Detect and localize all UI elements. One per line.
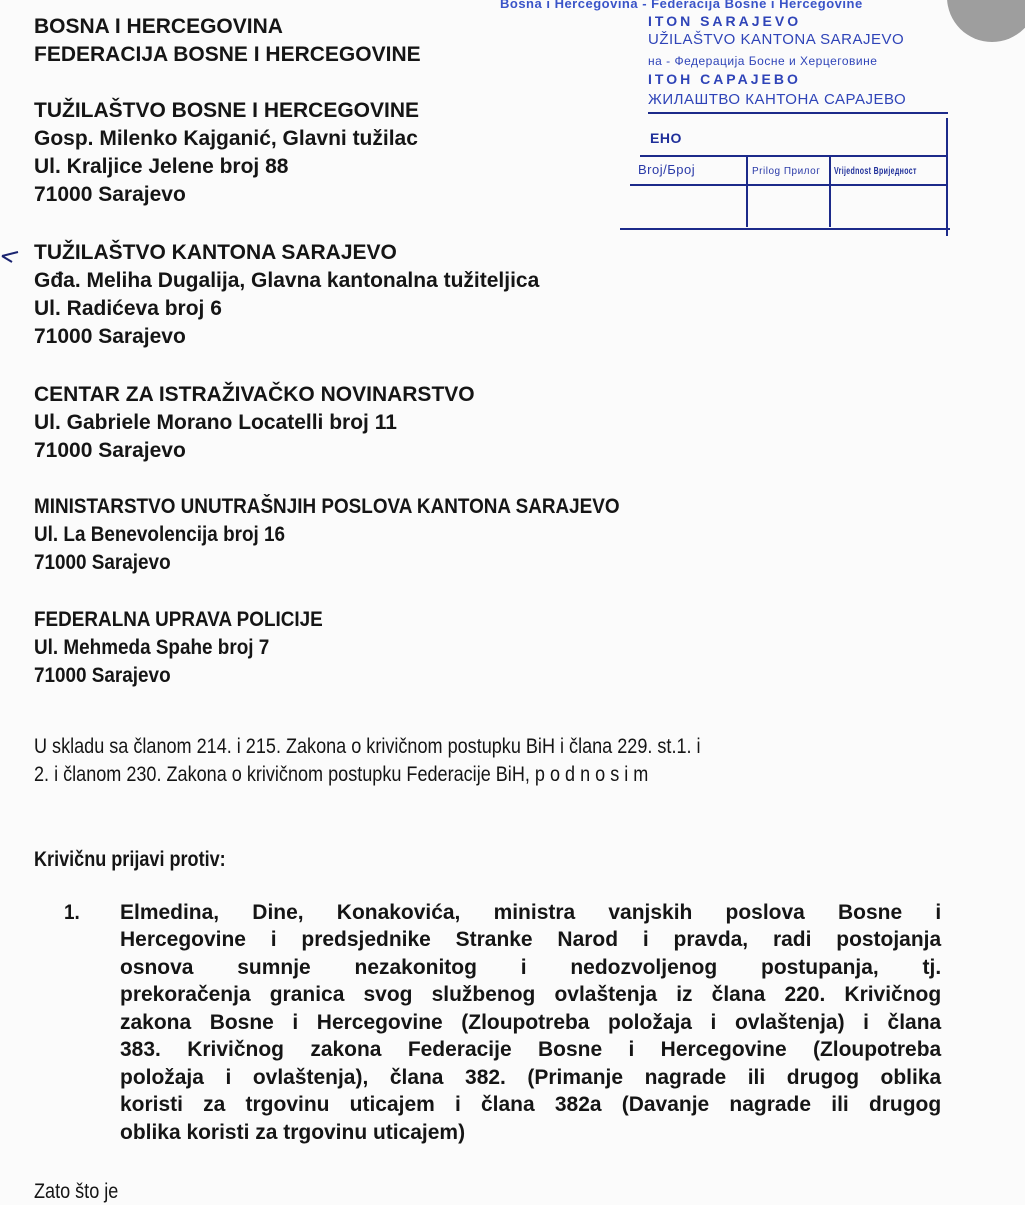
recipient-3-city: 71000 Sarajevo (34, 437, 186, 465)
complaint-heading: Krivičnu prijavi protiv: (34, 846, 226, 874)
stamp-line: UŽILAŠTVO KANTONA SARAJEVO (648, 32, 904, 48)
recipient-2-city: 71000 Sarajevo (34, 323, 186, 351)
recipient-1-street: Ul. Kraljice Jelene broj 88 (34, 153, 288, 181)
recipient-5-institution: FEDERALNA UPRAVA POLICIJE (34, 606, 323, 634)
item-line: zakona Bosne i Hercegovine (Zloupotreba … (120, 1009, 941, 1037)
stamp-col-number: Broj/Број (638, 162, 695, 178)
item-line: 383. Krivičnog zakona Federacije Bosne i… (120, 1036, 941, 1064)
recipient-5-city: 71000 Sarajevo (34, 662, 171, 690)
recipient-1-institution: TUŽILAŠTVO BOSNE I HERCEGOVINE (34, 97, 419, 125)
item-line: oblika koristi za trgovinu uticajem) (120, 1119, 465, 1147)
recipient-4-institution: MINISTARSTVO UNUTRAŠNJIH POSLOVA KANTONA… (34, 493, 620, 521)
stamp-col-attachment: Prilog Прилог (752, 164, 820, 180)
item-line: koristi za trgovinu uticajem i člana 382… (120, 1091, 941, 1119)
closing-text: Zato što je (34, 1178, 118, 1205)
stamp-col-value: Vrijednost Вриједност (834, 164, 917, 180)
recipient-2-street: Ul. Radićeva broj 6 (34, 295, 222, 323)
recipient-2-institution: TUŽILAŠTVO KANTONA SARAJEVO (34, 239, 397, 267)
stamp-line: ITOH CAPAJEBO (648, 71, 801, 87)
item-line: Hercegovine i predsjednike Stranke Narod… (120, 926, 941, 954)
item-number: 1. (64, 899, 80, 927)
registry-stamp: Bosna i Hercegovina - Federacija Bosne i… (500, 0, 970, 240)
recipient-3-street: Ul. Gabriele Morano Locatelli broj 11 (34, 409, 397, 437)
recipient-4-street: Ul. La Benevolencija broj 16 (34, 521, 285, 549)
intro-line-1: U skladu sa članom 214. i 215. Zakona o … (34, 733, 701, 761)
stamp-line: ITON SARAJEVO (648, 13, 801, 29)
stamp-received: ЕНО (650, 130, 682, 146)
recipient-2-person: Gđa. Meliha Dugalija, Glavna kantonalna … (34, 267, 539, 295)
document-page: BOSNA I HERCEGOVINA FEDERACIJA BOSNE I H… (0, 0, 1025, 1205)
item-line: Elmedina, Dine, Konakovića, ministra van… (120, 899, 941, 927)
recipient-3-institution: CENTAR ZA ISTRAŽIVAČKO NOVINARSTVO (34, 381, 475, 409)
intro-line-2: 2. i članom 230. Zakona o krivičnom post… (34, 761, 648, 789)
handwritten-arrow-icon (0, 246, 22, 266)
item-line: položaja i ovlaštenja), člana 382. (Prim… (120, 1064, 941, 1092)
item-line: prekoračenja granica svog službenog ovla… (120, 981, 941, 1009)
stamp-line: на - Федерација Босне и Херцеговине (648, 53, 877, 69)
stamp-line: Bosna i Hercegovina - Federacija Bosne i… (500, 0, 863, 12)
stamp-line: ЖИЛАШТВО КАНТОНА САРАЈЕВО (648, 92, 906, 108)
header-entity: FEDERACIJA BOSNE I HERCEGOVINE (34, 41, 421, 69)
recipient-5-street: Ul. Mehmeda Spahe broj 7 (34, 634, 269, 662)
item-line: osnova sumnje nezakonitog i nedozvoljeno… (120, 954, 941, 982)
recipient-4-city: 71000 Sarajevo (34, 549, 171, 577)
header-country: BOSNA I HERCEGOVINA (34, 13, 283, 41)
recipient-1-person: Gosp. Milenko Kajganić, Glavni tužilac (34, 125, 418, 153)
recipient-1-city: 71000 Sarajevo (34, 181, 186, 209)
